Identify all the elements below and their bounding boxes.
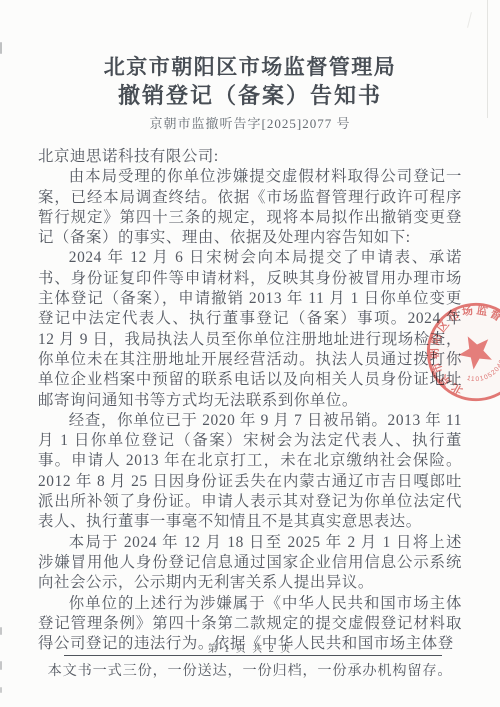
document-body: 北京迪思诺科技有限公司: 由本局受理的你单位涉嫌提交虚假材料取得公司登记一案，已… (38, 147, 462, 654)
document-page: 北京市朝阳区市场监督管理局 撤销登记（备案）告知书 京朝市监撤听告字[2025]… (0, 0, 500, 707)
footer-divider (64, 655, 442, 656)
body-paragraph-3: 经查，你单位已于 2020 年 9 月 7 日被吊销。2013 年 11 月 1… (38, 411, 462, 533)
scan-edge-mark (0, 687, 2, 693)
body-paragraph-1: 由本局受理的你单位涉嫌提交虚假材料取得公司登记一案，已经本局调查终结。依据《市场… (38, 167, 462, 248)
body-paragraph-2: 2024 年 12 月 6 日宋树会向本局提交了申请表、承诺书、身份证复印件等申… (38, 248, 462, 410)
document-title-line1: 北京市朝阳区市场监督管理局 (0, 54, 500, 81)
document-title-line2: 撤销登记（备案）告知书 (0, 81, 500, 111)
page-indicator: 第 1 页 共 2 页 (0, 640, 500, 655)
seal-registration-number: 1101052040 (464, 356, 500, 390)
document-header: 北京市朝阳区市场监督管理局 撤销登记（备案）告知书 京朝市监撤听告字[2025]… (0, 0, 500, 132)
copies-footnote: 本文书一式三份，一份送达，一份归档，一份承办机构留存。 (0, 660, 500, 680)
scan-edge-mark (0, 627, 2, 635)
body-paragraph-4: 本局于 2024 年 12 月 18 日至 2025 年 2 月 1 日将上述涉… (38, 533, 462, 594)
document-number: 京朝市监撤听告字[2025]2077 号 (0, 115, 500, 132)
recipient-line: 北京迪思诺科技有限公司: (38, 147, 462, 167)
